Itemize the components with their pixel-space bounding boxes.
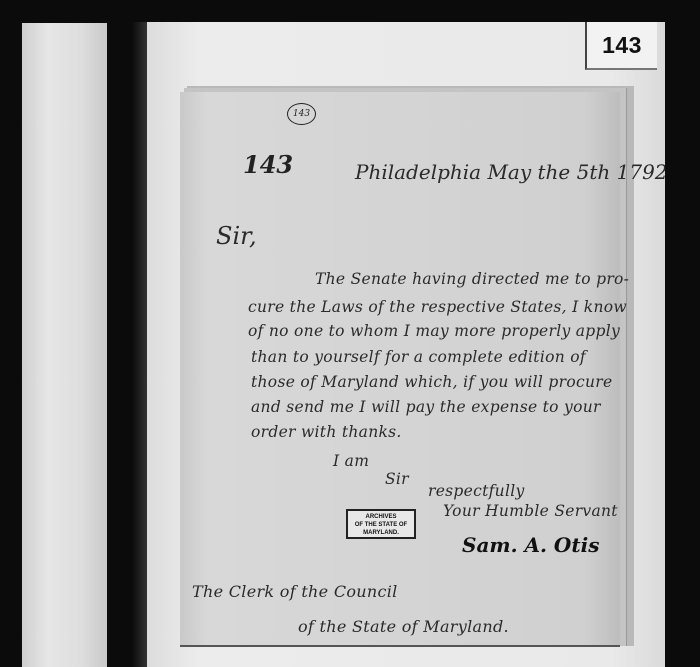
salutation: Sir, (216, 222, 257, 250)
signature: Sam. A. Otis (462, 533, 599, 557)
addressee-line-2: of the State of Maryland. (298, 617, 509, 636)
folio-circled-number: 143 (287, 103, 316, 125)
left-adjacent-page-strip (22, 23, 107, 667)
body-line-3: of no one to whom I may more properly ap… (248, 322, 620, 340)
body-line-1: The Senate having directed me to pro- (315, 270, 629, 288)
closing-sir: Sir (385, 470, 409, 488)
archives-stamp: ARCHIVES OF THE STATE OF MARYLAND. (346, 509, 416, 539)
closing-respectfully: respectfully (428, 482, 525, 500)
body-line-5: those of Maryland which, if you will pro… (251, 373, 612, 391)
stamp-line-1: ARCHIVES (348, 513, 414, 521)
page-number-label: 143 (585, 22, 657, 70)
addressee-line-1: The Clerk of the Council (192, 582, 398, 601)
body-line-4: than to yourself for a complete edition … (251, 348, 586, 366)
closing-humble-servant: Your Humble Servant (443, 502, 618, 520)
folio-written-number: 143 (243, 150, 293, 179)
stamp-line-3: MARYLAND. (348, 529, 414, 537)
right-dark-edge (665, 0, 700, 667)
stamp-line-2: OF THE STATE OF (348, 521, 414, 529)
body-line-2: cure the Laws of the respective States, … (248, 298, 627, 316)
body-line-7: order with thanks. (251, 423, 402, 441)
body-line-6: and send me I will pay the expense to yo… (251, 398, 601, 416)
closing-i-am: I am (333, 452, 369, 470)
dateline: Philadelphia May the 5th 1792. (355, 160, 674, 184)
